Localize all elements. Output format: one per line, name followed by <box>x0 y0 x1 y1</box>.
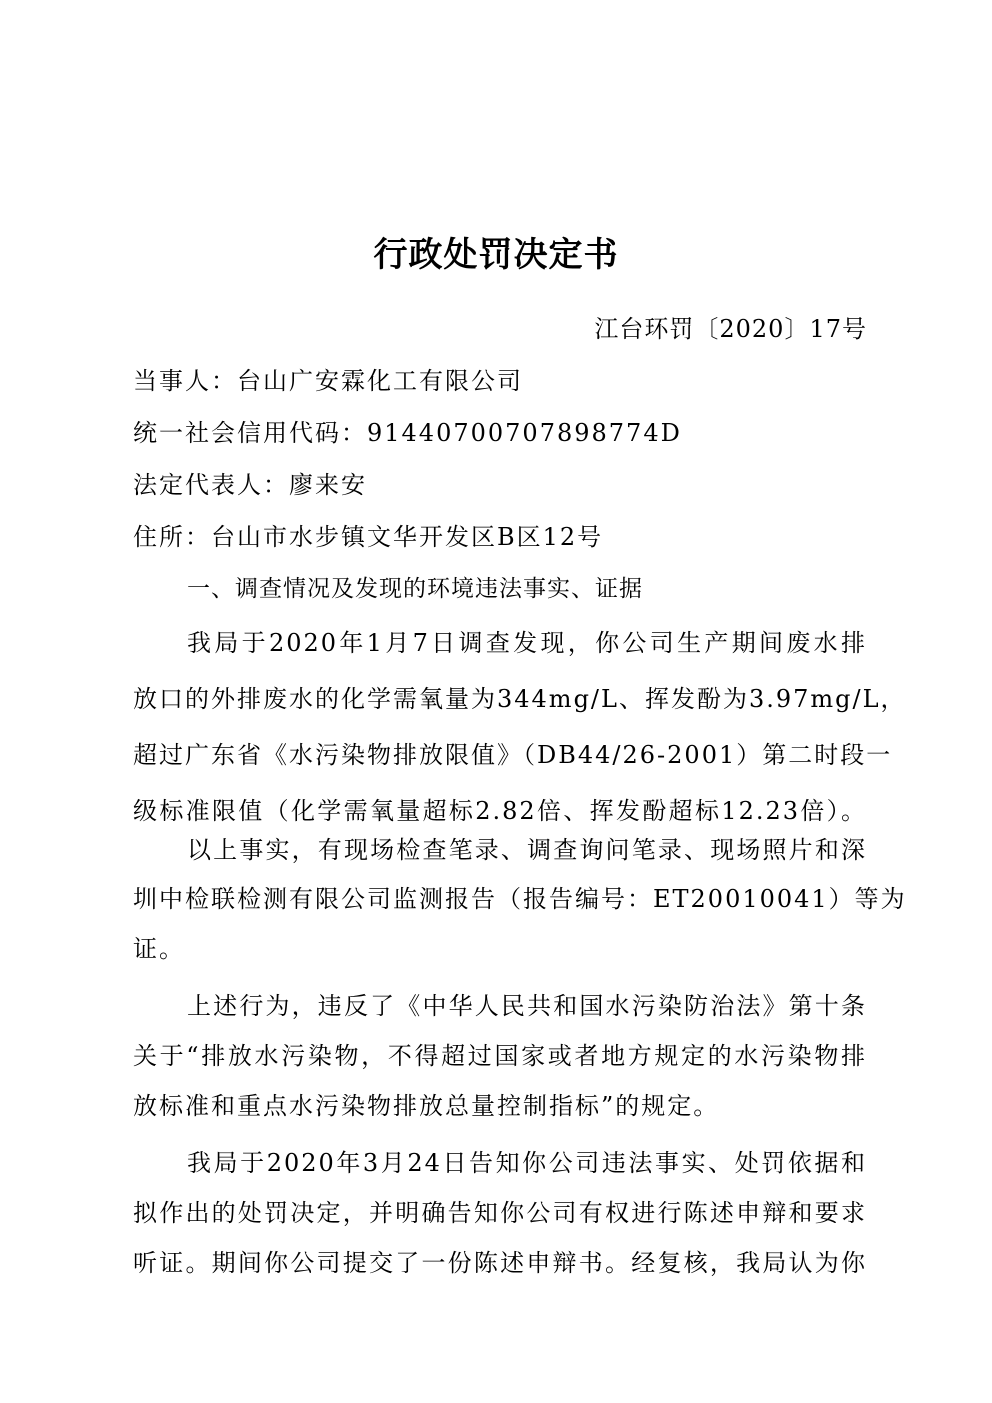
paragraph-line: 超过广东省《水污染物排放限值》（DB44/26-2001）第二时段一 <box>133 739 867 771</box>
paragraph-line: 放口的外排废水的化学需氧量为344mg/L、挥发酚为3.97mg/L， <box>133 683 867 715</box>
credit-code-row: 统一社会信用代码：91440700707898774D <box>133 417 867 449</box>
credit-code-label: 统一社会信用代码： <box>133 419 367 447</box>
party-name-label: 当事人： <box>133 367 237 395</box>
credit-code-value: 91440700707898774D <box>367 419 682 447</box>
party-name-value: 台山广安霖化工有限公司 <box>237 367 523 395</box>
legal-rep-value: 廖来安 <box>289 471 367 499</box>
address-label: 住所： <box>133 523 211 551</box>
document-page: 行政处罚决定书 江台环罚〔2020〕17号 当事人：台山广安霖化工有限公司 统一… <box>0 0 992 1403</box>
party-name-row: 当事人：台山广安霖化工有限公司 <box>133 365 867 397</box>
document-number: 江台环罚〔2020〕17号 <box>133 313 867 345</box>
paragraph-line: 级标准限值（化学需氧量超标2.82倍、挥发酚超标12.23倍）。 <box>133 795 867 827</box>
paragraph-line: 以上事实，有现场检查笔录、调查询问笔录、现场照片和深 <box>187 834 867 866</box>
paragraph-line: 我局于2020年1月7日调查发现，你公司生产期间废水排 <box>187 627 867 659</box>
legal-rep-row: 法定代表人：廖来安 <box>133 469 867 501</box>
document-title: 行政处罚决定书 <box>0 230 992 280</box>
paragraph-line: 听证。期间你公司提交了一份陈述申辩书。经复核，我局认为你 <box>133 1247 867 1279</box>
address-row: 住所：台山市水步镇文华开发区B区12号 <box>133 521 867 553</box>
paragraph-line: 放标准和重点水污染物排放总量控制指标”的规定。 <box>133 1090 867 1122</box>
paragraph-line: 圳中检联检测有限公司监测报告（报告编号：ET20010041）等为 <box>133 883 867 915</box>
address-value: 台山市水步镇文华开发区B区12号 <box>211 523 603 551</box>
paragraph-line: 证。 <box>133 933 867 965</box>
section-heading-investigation: 一、调查情况及发现的环境违法事实、证据 <box>187 573 867 605</box>
paragraph-line: 拟作出的处罚决定，并明确告知你公司有权进行陈述申辩和要求 <box>133 1197 867 1229</box>
legal-rep-label: 法定代表人： <box>133 471 289 499</box>
paragraph-line: 我局于2020年3月24日告知你公司违法事实、处罚依据和 <box>187 1147 867 1179</box>
paragraph-line: 上述行为，违反了《中华人民共和国水污染防治法》第十条 <box>187 990 867 1022</box>
paragraph-line: 关于“排放水污染物，不得超过国家或者地方规定的水污染物排 <box>133 1040 867 1072</box>
